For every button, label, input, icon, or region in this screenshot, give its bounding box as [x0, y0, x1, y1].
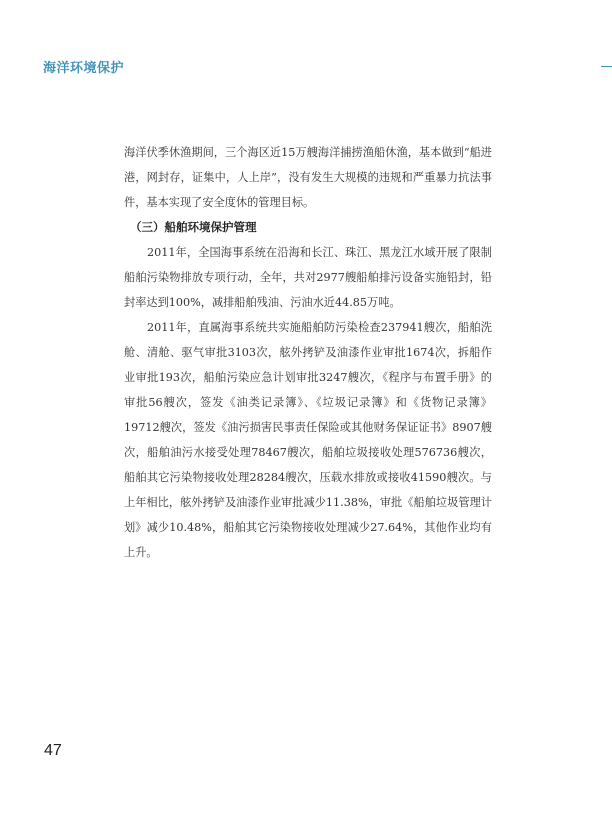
- paragraph-pollution-discharge-campaign: 2011年，全国海事系统在沿海和长江、珠江、黑龙江水域开展了限制船舶污染物排放专…: [124, 240, 492, 315]
- page-number: 47: [44, 742, 62, 760]
- section-heading: （三）船舶环境保护管理: [124, 215, 492, 240]
- header-rule-divider: [601, 66, 612, 67]
- paragraph-fishing-moratorium: 海洋伏季休渔期间，三个海区近15万艘海洋捕捞渔船休渔，基本做到“船进港，网封存，…: [124, 140, 492, 215]
- paragraph-inspection-statistics: 2011年，直属海事系统共实施船舶防污染检查237941艘次，船舶洗舱、清舱、驱…: [124, 315, 492, 565]
- page-body: 海洋伏季休渔期间，三个海区近15万艘海洋捕捞渔船休渔，基本做到“船进港，网封存，…: [124, 140, 492, 565]
- running-header-title: 海洋环境保护: [43, 57, 124, 76]
